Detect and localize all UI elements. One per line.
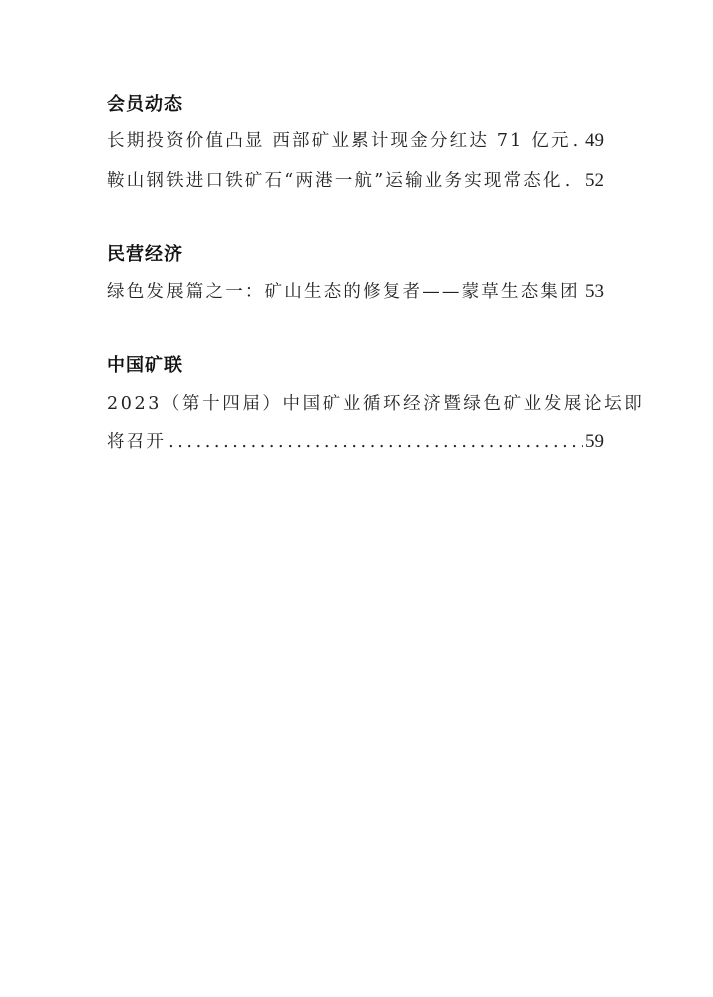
toc-entry-line-2[interactable]: 将召开 ....................................… — [107, 430, 604, 454]
section-heading-private-economy: 民营经济 — [107, 244, 183, 266]
toc-entry[interactable]: 鞍山钢铁进口铁矿石“两港一航”运输业务实现常态化 . 52 — [107, 169, 604, 193]
toc-entry-title: 绿色发展篇之一：矿山生态的修复者——蒙草生态集团 — [107, 280, 580, 304]
toc-entry-line-1[interactable]: 2023（第十四届）中国矿业循环经济暨绿色矿业发展论坛即 — [107, 392, 604, 416]
toc-entry[interactable]: 长期投资价值凸显 西部矿业累计现金分红达 71 亿元 ... 49 — [107, 129, 604, 153]
toc-entry-title: 2023（第十四届）中国矿业循环经济暨绿色矿业发展论坛即 — [107, 392, 644, 416]
section-heading-member-news: 会员动态 — [107, 94, 183, 116]
dot-leader: ........................................… — [166, 430, 583, 454]
toc-page-number: 53 — [583, 280, 604, 304]
toc-page-number: 49 — [583, 129, 604, 153]
toc-entry-title: 长期投资价值凸显 西部矿业累计现金分红达 71 亿元 — [107, 129, 571, 153]
toc-entry-title: 鞍山钢铁进口铁矿石“两港一航”运输业务实现常态化 — [107, 169, 563, 193]
toc-page-number: 59 — [583, 430, 604, 454]
dot-leader: . — [563, 169, 583, 193]
dot-leader: ... — [571, 129, 583, 153]
toc-entry-title-continued: 将召开 — [107, 430, 166, 454]
section-heading-china-mining-association: 中国矿联 — [107, 355, 183, 377]
toc-page-number: 52 — [583, 169, 604, 193]
toc-entry[interactable]: 绿色发展篇之一：矿山生态的修复者——蒙草生态集团 . 53 — [107, 280, 604, 304]
document-page: 会员动态 长期投资价值凸显 西部矿业累计现金分红达 71 亿元 ... 49 鞍… — [0, 0, 713, 997]
